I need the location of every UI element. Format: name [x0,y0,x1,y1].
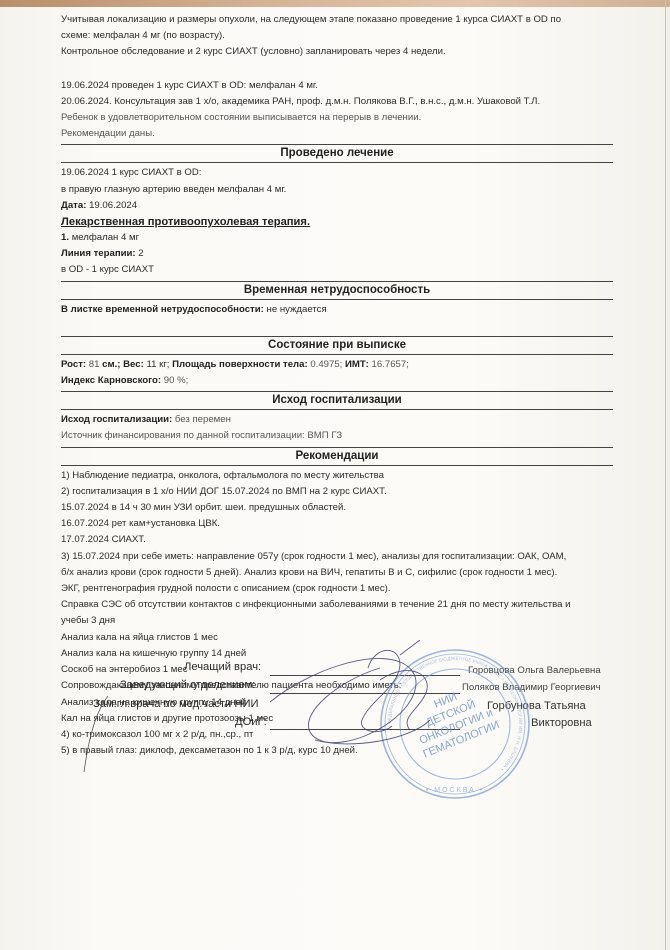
intro-line: схеме: мелфалан 4 мг (по возрасту). [61,28,613,44]
event-line: 20.06.2024. Консультация зав 1 х/о, акад… [61,94,613,110]
section-title-outcome: Исход госпитализации [61,391,613,410]
section-title-treatment: Проведено лечение [61,144,613,163]
date-label: Дата: [61,200,86,211]
recommendation-item: 2) госпитализация в 1 х/о НИИ ДОГ 15.07.… [61,484,613,500]
treatment-line: в правую глазную артерию введен мелфалан… [61,182,613,198]
drug-number: 1. [61,232,69,243]
weight-label: Вес: [123,359,144,370]
karnofsky-value: 90 %; [164,375,189,386]
drug-name: мелфалан 4 мг [72,232,139,243]
paper-edge-top [0,0,670,7]
intro-line: Учитывая локализацию и размеры опухоли, … [61,12,613,28]
outcome-label: Исход госпитализации: [61,414,172,425]
recommendation-item: ЭКГ, рентгенография грудной полости с оп… [61,581,613,597]
date-value: 19.06.2024 [89,200,137,211]
intro-line: Контрольное обследование и 2 курс СИАХТ … [61,44,613,60]
weight-value: 11 кг; [146,359,169,370]
head-label: Заведующий отделением: [120,679,255,691]
treatment-date: Дата: 19.06.2024 [61,198,613,214]
course-line: в OD - 1 курс СИАХТ [61,262,613,278]
event-line: Ребенок в удовлетворительном состоянии в… [61,110,613,126]
recommendation-item: 17.07.2024 СИАХТ. [61,532,613,548]
recommendation-item: учебы 3 дня [61,613,613,629]
outcome-value: без перемен [175,414,231,425]
outcome-line: Исход госпитализации: без перемен [61,412,613,428]
stamp-city: • МОСКВА • [426,787,484,794]
height-label: Рост: [61,359,86,370]
disability-line: В листке временной нетрудоспособности: н… [61,302,613,318]
deputy-name-line2: Викторовна [531,717,592,729]
karnofsky-label: Индекс Карновского: [61,375,161,386]
therapy-line-value: 2 [138,248,143,259]
handwritten-signature-icon [250,640,490,770]
pen-stroke-icon [78,694,118,774]
therapy-line-label: Линия терапии: [61,248,136,259]
treatment-line: 19.06.2024 1 курс СИАХТ в OD: [61,165,613,181]
vitals-line: Рост: 81 см.; Вес: 11 кг; Площадь поверх… [61,357,613,373]
recommendation-item: б/х анализ крови (срок годности 5 дней).… [61,565,613,581]
disability-value: не нуждается [267,304,327,315]
recommendation-item: 3) 15.07.2024 при себе иметь: направлени… [61,549,613,565]
bmi-label: ИМТ: [345,359,369,370]
recommendation-item: 1) Наблюдение педиатра, онколога, офталь… [61,468,613,484]
drug-therapy-title: Лекарственная противоопухолевая терапия. [61,214,613,230]
karnofsky-line: Индекс Карновского: 90 %; [61,373,613,389]
section-title-recommendations: Рекомендации [61,447,613,466]
section-title-discharge-state: Состояние при выписке [61,336,613,355]
height-value: 81 [89,359,100,370]
disability-label: В листке временной нетрудоспособности: [61,304,264,315]
recommendation-item: 16.07.2024 рет кам+установка ЦВК. [61,516,613,532]
funding-line: Источник финансирования по данной госпит… [61,428,613,444]
event-line: Рекомендации даны. [61,126,613,142]
drug-item: 1. мелфалан 4 мг [61,230,613,246]
paper-edge-right [665,0,666,950]
bsa-label: Площадь поверхности тела: [172,359,308,370]
recommendation-item: Справка СЭС об отсутствии контактов с ин… [61,597,613,613]
therapy-line: Линия терапии: 2 [61,246,613,262]
document-page: Учитывая локализацию и размеры опухоли, … [0,0,670,950]
event-line: 19.06.2024 проведен 1 курс СИАХТ в OD: м… [61,78,613,94]
section-title-disability: Временная нетрудоспособность [61,281,613,300]
recommendation-item: 15.07.2024 в 14 ч 30 мин УЗИ орбит. шеи.… [61,500,613,516]
bsa-value: 0.4975; [310,359,342,370]
height-unit: см.; [102,359,120,370]
bmi-value: 16.7657; [372,359,409,370]
